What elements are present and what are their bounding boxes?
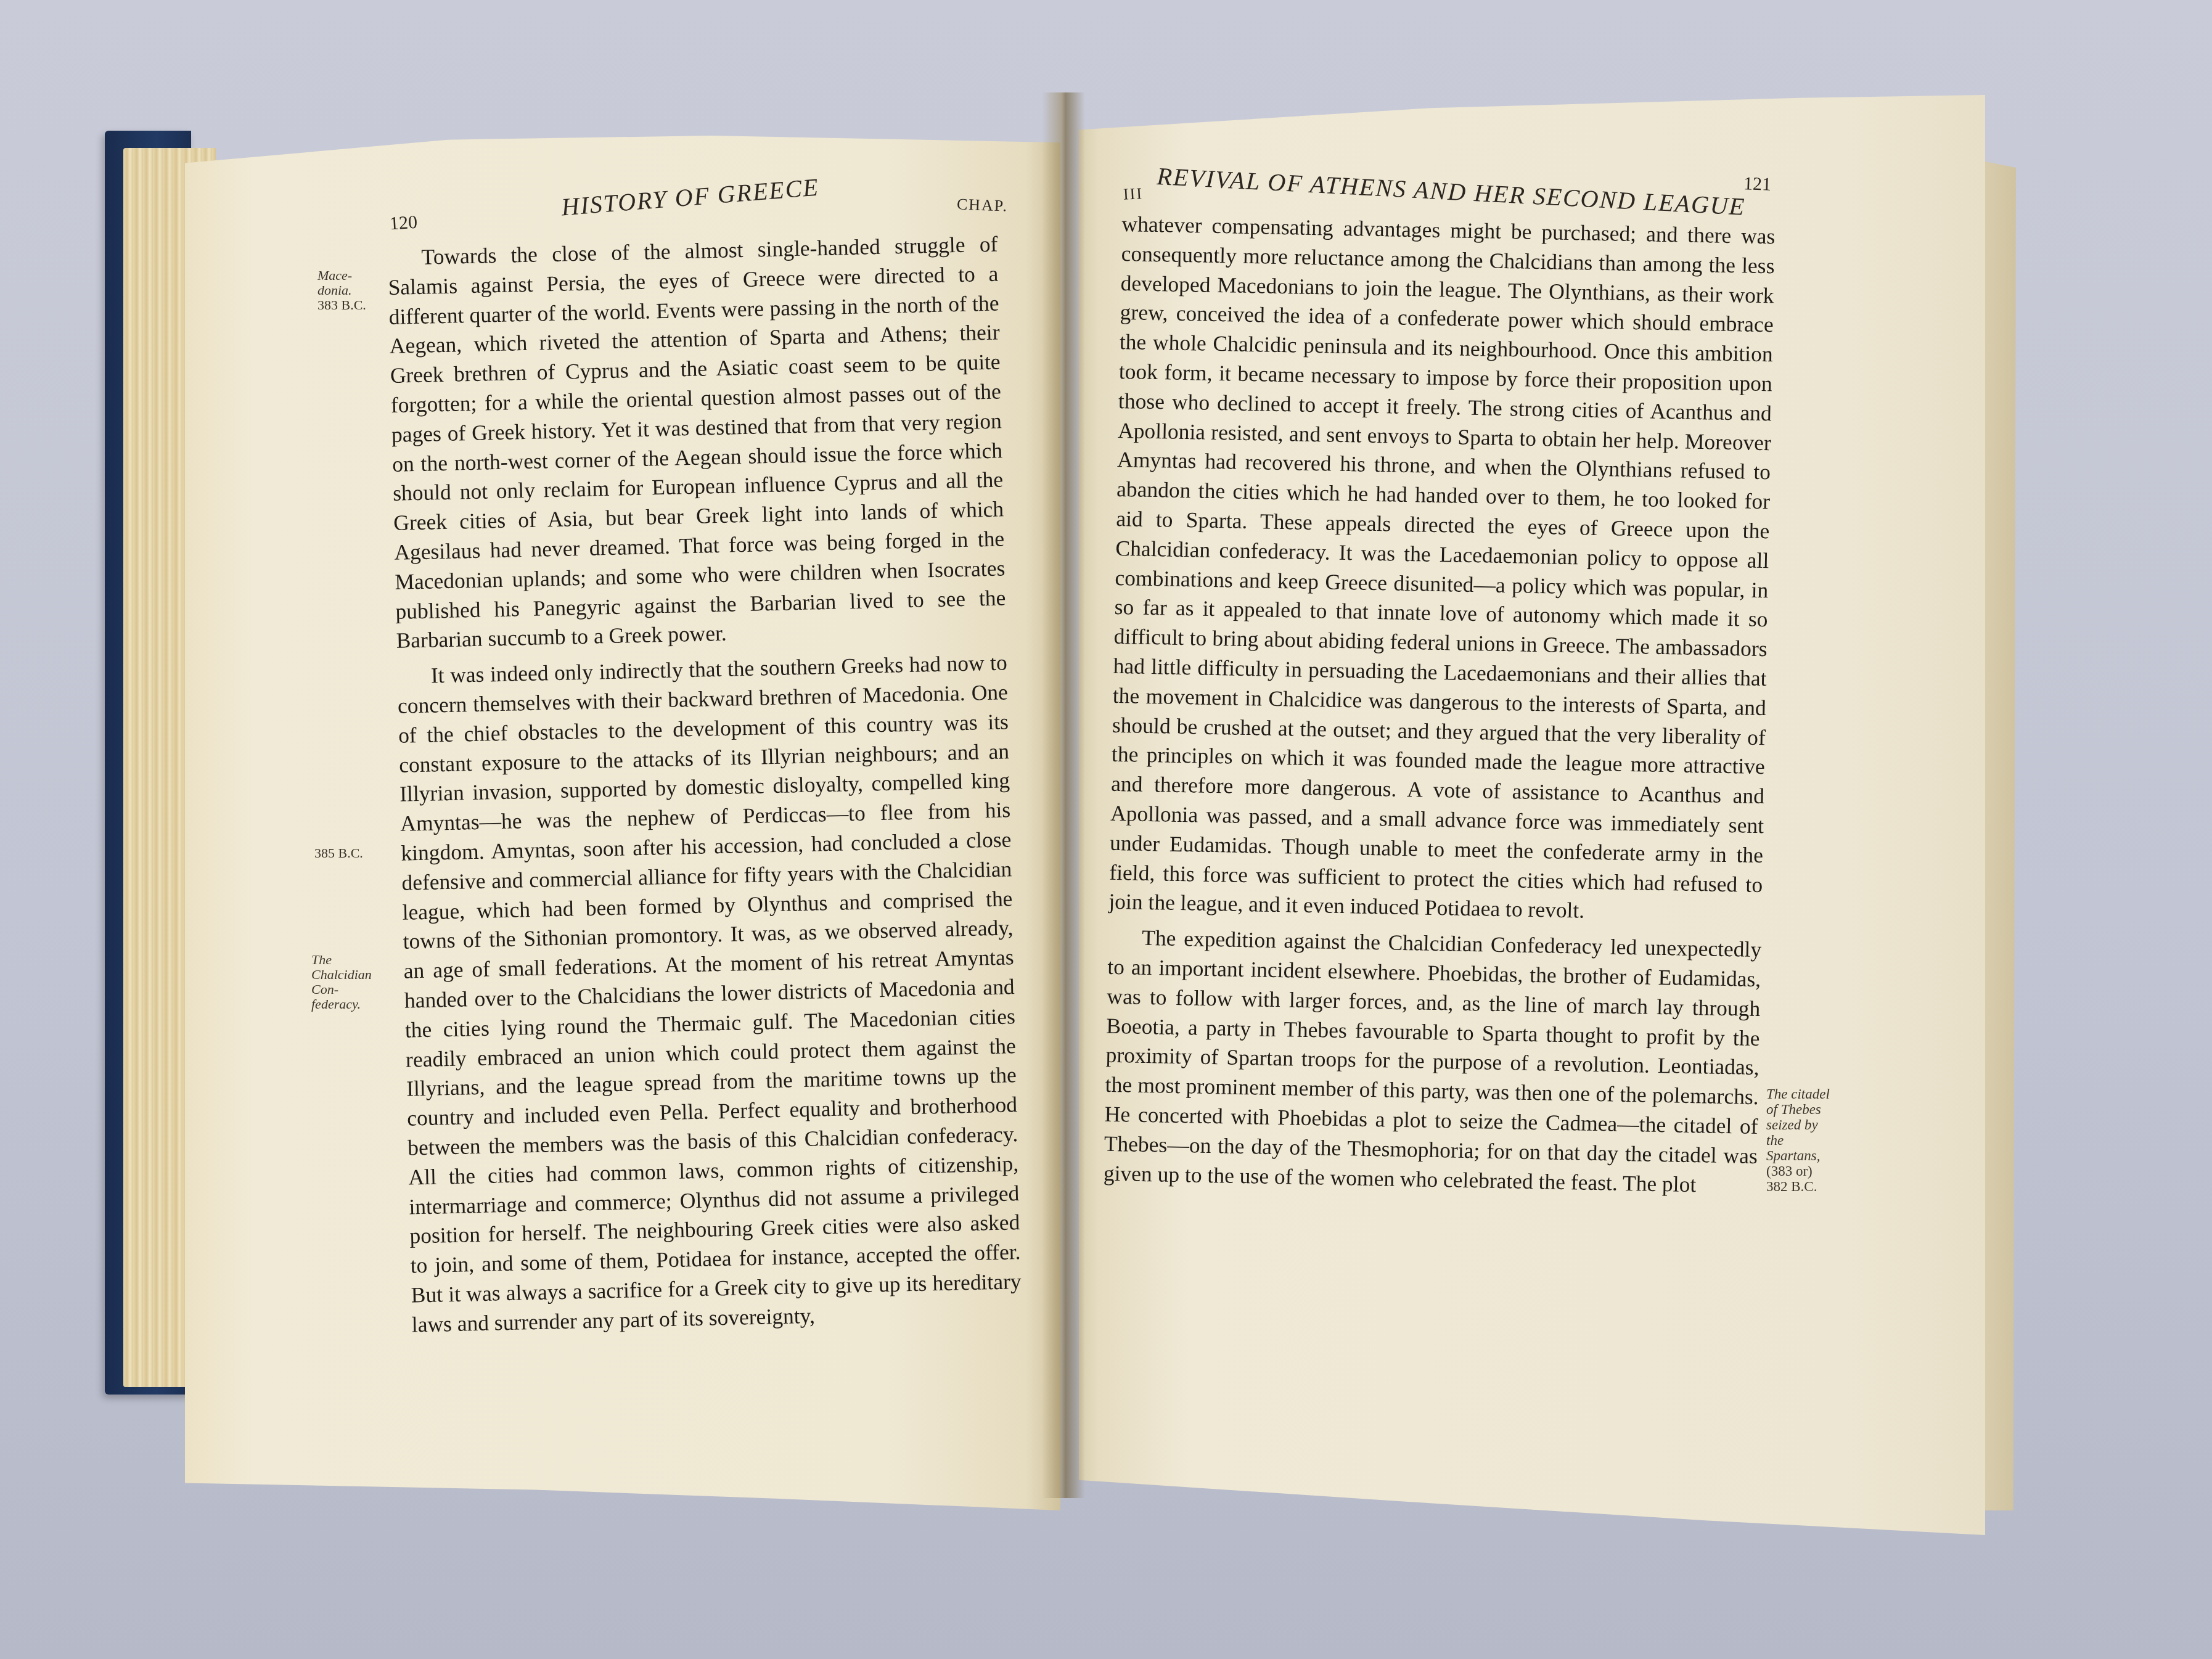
open-book: 120 HISTORY OF GREECE CHAP. Mace- donia.… xyxy=(0,0,2212,1659)
paragraph: Towards the close of the almost single-h… xyxy=(387,230,1007,656)
sidenote-citadel-of-thebes: The citadel of Thebes seized by the Spar… xyxy=(1766,1086,1830,1194)
paragraph: The expedition against the Chalcidian Co… xyxy=(1104,923,1762,1200)
left-page-body: Towards the close of the almost single-h… xyxy=(387,230,1022,1340)
right-page-body: whatever compensating advantages might b… xyxy=(1104,210,1776,1200)
sidenote-chalcidian-confederacy: The Chalcidian Con- federacy. xyxy=(311,952,372,1012)
sidenote-macedonia: Mace- donia. 383 B.C. xyxy=(317,268,366,313)
right-page-number: 121 xyxy=(1743,173,1771,195)
right-chapter-label: III xyxy=(1123,184,1144,204)
book-gutter xyxy=(1042,92,1085,1498)
left-running-label: CHAP. xyxy=(957,195,1009,216)
paragraph: It was indeed only indirectly that the s… xyxy=(396,649,1022,1340)
sidenote-385bc: 385 B.C. xyxy=(314,846,363,861)
left-page-number: 120 xyxy=(389,212,418,234)
paragraph: whatever compensating advantages might b… xyxy=(1108,210,1776,929)
